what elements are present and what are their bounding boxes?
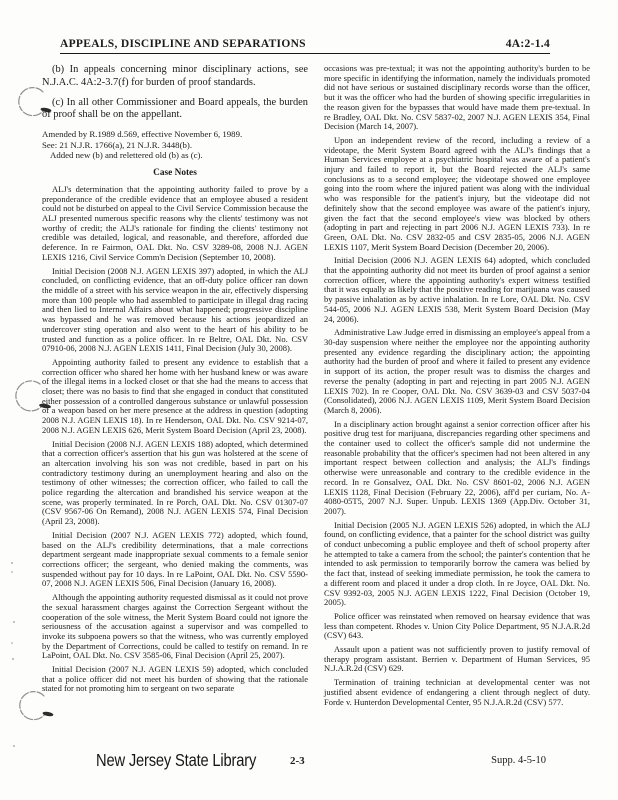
case-note-paragraph: occasions was pre-textual; it was not th…: [324, 64, 590, 132]
case-note-paragraph: Assault upon a patient was not sufficien…: [324, 645, 590, 674]
case-note-paragraph: Initial Decision (2007 N.J. AGEN LEXIS 7…: [42, 531, 308, 589]
case-note-paragraph: Initial Decision (2006 N.J. AGEN LEXIS 6…: [324, 256, 590, 324]
history-line: Amended by R.1989 d.569, effective Novem…: [42, 129, 308, 140]
running-head-title: APPEALS, DISCIPLINE AND SEPARATIONS: [60, 38, 306, 50]
case-note-paragraph: Appointing authority failed to present a…: [42, 358, 308, 436]
pen-mark-icon: [19, 88, 44, 116]
text-columns: (b) In appeals concerning minor discipli…: [42, 64, 590, 748]
case-notes-heading: Case Notes: [42, 168, 308, 178]
scan-speck: [13, 621, 15, 623]
left-column: (b) In appeals concerning minor discipli…: [42, 64, 308, 748]
scan-speck: [12, 658, 14, 660]
section-number: 4A:2-1.4: [506, 38, 550, 50]
right-column: occasions was pre-textual; it was not th…: [324, 64, 590, 748]
case-note-paragraph: Initial Decision (2008 N.J. AGEN LEXIS 1…: [42, 440, 308, 527]
case-notes-left: ALJ's determination that the appointing …: [42, 185, 308, 694]
case-notes-right: occasions was pre-textual; it was not th…: [324, 64, 590, 707]
case-note-paragraph: Initial Decision (2005 N.J. AGEN LEXIS 5…: [324, 521, 590, 608]
case-note-paragraph: Administrative Law Judge erred in dismis…: [324, 328, 590, 415]
case-note-paragraph: ALJ's determination that the appointing …: [42, 185, 308, 263]
case-note-paragraph: In a disciplinary action brought against…: [324, 420, 590, 517]
subsection-b: (b) In appeals concerning minor discipli…: [42, 64, 308, 90]
case-note-paragraph: Initial Decision (2008 N.J. AGEN LEXIS 3…: [42, 267, 308, 354]
scan-speck: [11, 562, 13, 564]
document-page: APPEALS, DISCIPLINE AND SEPARATIONS 4A:2…: [0, 0, 618, 800]
history-notes: Amended by R.1989 d.569, effective Novem…: [42, 129, 308, 161]
page-header: APPEALS, DISCIPLINE AND SEPARATIONS 4A:2…: [60, 38, 550, 54]
history-line: See: 21 N.J.R. 1766(a), 21 N.J.R. 3448(b…: [42, 140, 308, 151]
history-line: Added new (b) and relettered old (b) as …: [42, 150, 308, 161]
pen-mark-icon: [16, 381, 42, 411]
case-note-paragraph: Termination of training technician at de…: [324, 678, 590, 707]
page-number: 2-3: [290, 755, 305, 767]
supplement-date: Supp. 4-5-10: [491, 755, 546, 766]
case-note-paragraph: Upon an independent review of the record…: [324, 136, 590, 252]
library-stamp: New Jersey State Library: [96, 750, 256, 771]
case-note-paragraph: Initial Decision (2007 N.J. AGEN LEXIS 5…: [42, 665, 308, 694]
scan-speck: [11, 571, 13, 573]
case-note-paragraph: Although the appointing authority reques…: [42, 593, 308, 661]
scan-speck: [13, 745, 15, 747]
subsection-c: (c) In all other Commissioner and Board …: [42, 97, 308, 123]
scan-speck: [11, 642, 13, 644]
case-note-paragraph: Police officer was reinstated when remov…: [324, 612, 590, 641]
